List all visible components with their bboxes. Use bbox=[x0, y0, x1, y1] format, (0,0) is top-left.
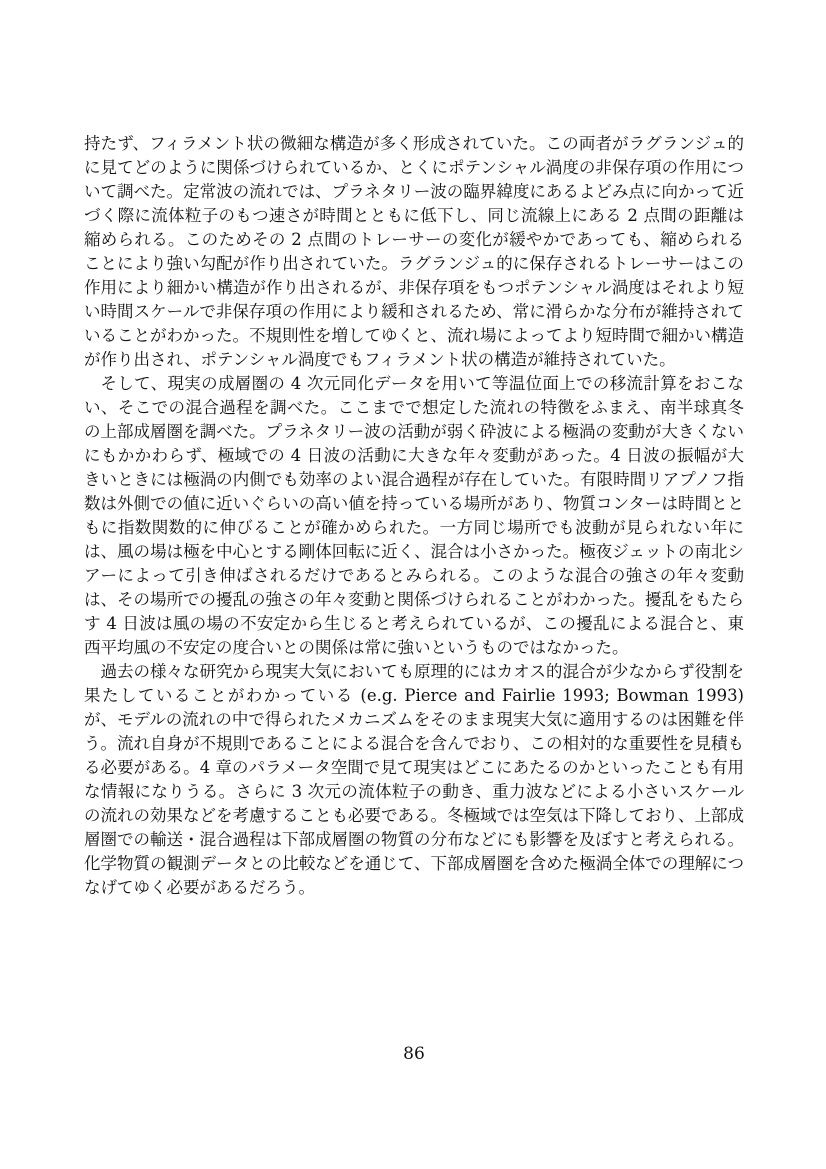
document-page: 持たず、フィラメント状の微細な構造が多く形成されていた。この両者がラグランジュ的… bbox=[0, 0, 826, 1169]
paragraph: そして、現実の成層圏の 4 次元同化データを用いて等温位面上での移流計算をおこな… bbox=[84, 372, 744, 660]
paragraph: 持たず、フィラメント状の微細な構造が多く形成されていた。この両者がラグランジュ的… bbox=[84, 132, 744, 372]
page-number: 86 bbox=[84, 1042, 744, 1066]
body-text: 持たず、フィラメント状の微細な構造が多く形成されていた。この両者がラグランジュ的… bbox=[84, 132, 744, 900]
paragraph: 過去の様々な研究から現実大気においても原理的にはカオス的混合が少なからず役割を果… bbox=[84, 660, 744, 900]
